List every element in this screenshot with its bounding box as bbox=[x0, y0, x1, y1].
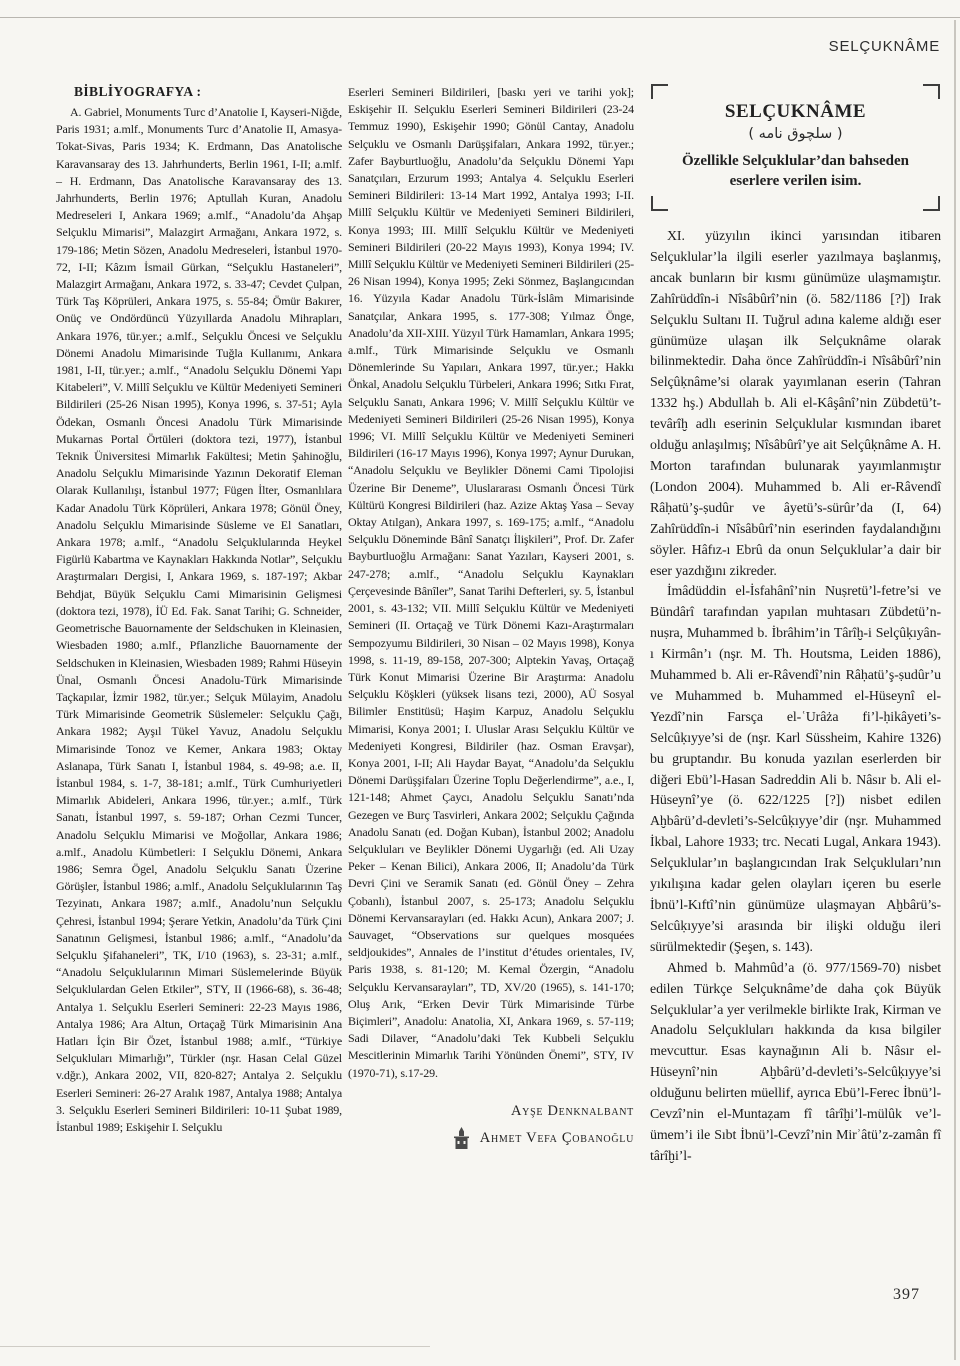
running-header: SELÇUKNÂME bbox=[829, 38, 940, 55]
article-paragraph-3: Ahmed b. Mahmûd’a (ö. 977/1569-70) nisbe… bbox=[650, 959, 941, 1168]
article-paragraph-1: XI. yüzyılın ikinci yarısından itibaren … bbox=[650, 227, 941, 582]
scan-edge-bottom bbox=[0, 1346, 430, 1347]
bibliography-text-part1: A. Gabriel, Monuments Turc d’Anatolie I,… bbox=[56, 104, 342, 1136]
tdv-ornament-icon bbox=[453, 1127, 470, 1149]
article-signatures: Ayşe Denknalbant Ahmet Vefa Çobanoğlu bbox=[348, 1098, 634, 1152]
signature-author-1: Ayşe Denknalbant bbox=[348, 1098, 634, 1125]
article-paragraph-2: İmâdüddin el-İsfahânî’nin Nuṣretü’l-fetr… bbox=[650, 582, 941, 958]
headword-title: SELÇUKNÂME bbox=[662, 101, 929, 123]
box-corner-bottom-right bbox=[923, 196, 940, 211]
bibliography-heading: BİBLİYOGRAFYA : bbox=[56, 84, 342, 100]
bibliography-column-1: BİBLİYOGRAFYA : A. Gabriel, Monuments Tu… bbox=[56, 84, 342, 1136]
headword-box: SELÇUKNÂME ( سلچوق نامه ) Özellikle Selç… bbox=[650, 84, 941, 211]
bibliography-column-2: Eserleri Semineri Bildirileri, [baskı ye… bbox=[348, 84, 634, 1152]
scan-edge-right bbox=[954, 20, 956, 1360]
article-column: SELÇUKNÂME ( سلچوق نامه ) Özellikle Selç… bbox=[650, 80, 941, 1168]
page-number: 397 bbox=[893, 1286, 920, 1304]
scan-edge-top bbox=[0, 17, 960, 18]
headword-definition: Özellikle Selçuklular’dan bahseden eserl… bbox=[662, 152, 929, 191]
box-corner-bottom-left bbox=[651, 196, 668, 211]
bibliography-text-part2: Eserleri Semineri Bildirileri, [baskı ye… bbox=[348, 84, 634, 1082]
signature-author-2: Ahmet Vefa Çobanoğlu bbox=[480, 1125, 634, 1152]
headword-arabic-script: ( سلچوق نامه ) bbox=[662, 126, 929, 142]
box-corner-top-right bbox=[923, 84, 940, 99]
encyclopedia-page: SELÇUKNÂME BİBLİYOGRAFYA : A. Gabriel, M… bbox=[0, 0, 960, 1366]
signature-row-2: Ahmet Vefa Çobanoğlu bbox=[348, 1125, 634, 1152]
box-corner-top-left bbox=[651, 84, 668, 99]
